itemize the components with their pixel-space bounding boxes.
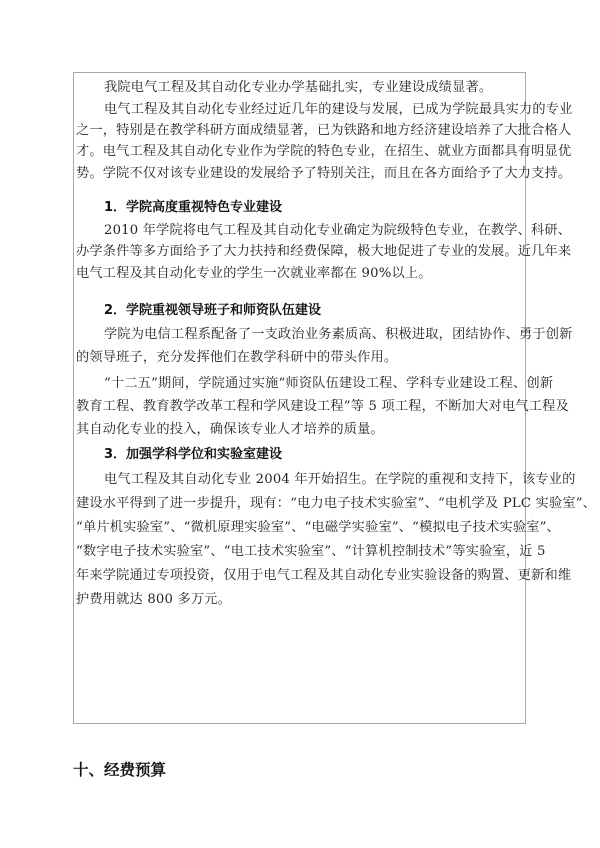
paragraph-line: 之一，特别是在教学科研方面成绩显著，已为铁路和地方经济建设培养了大批合格人 [76,121,524,141]
paragraph-line: 才。电气工程及其自动化专业作为学院的特色专业，在招生、就业方面都具有明显优 [76,142,524,162]
paragraph-line: “十二五”期间，学院通过实施“师资队伍建设工程、学科专业建设工程、创新 [104,374,524,394]
paragraph-line: 电气工程及其自动化专业的学生一次就业率都在 90%以上。 [76,264,524,284]
paragraph-line: 电气工程及其自动化专业 2004 年开始招生。在学院的重视和支持下，该专业的 [104,470,524,490]
paragraph-line: 年来学院通过专项投资，仅用于电气工程及其自动化专业实验设备的购置、更新和维 [76,566,524,586]
section-heading-2: 2．学院重视领导班子和师资队伍建设 [104,301,321,321]
paragraph-line: 2010 年学院将电气工程及其自动化专业确定为院级特色专业，在教学、科研、 [104,221,524,241]
paragraph-line: 电气工程及其自动化专业经过近几年的建设与发展，已成为学院最具实力的专业 [104,100,524,120]
paragraph-line: 教育工程、教育教学改革工程和学风建设工程”等 5 项工程，不断加大对电气工程及 [76,397,524,417]
paragraph-line: 其自动化专业的投入，确保该专业人才培养的质量。 [76,420,524,440]
budget-section-heading: 十、经费预算 [73,759,166,781]
section-heading-1: 1．学院高度重视特色专业建设 [104,198,282,218]
paragraph-line: 护费用就达 800 多万元。 [76,590,524,610]
paragraph-line: 势。学院不仅对该专业建设的发展给予了特别关注，而且在各方面给予了大力支持。 [76,164,524,184]
paragraph-line: 学院为电信工程系配备了一支政治业务素质高、积极进取，团结协作、勇于创新 [104,325,524,345]
section-heading-3: 3．加强学科学位和实验室建设 [104,445,282,465]
paragraph-line: “数字电子技术实验室”、“电工技术实验室”、“计算机控制技术”等实验室，近 5 [76,542,524,562]
paragraph-line: 的领导班子，充分发挥他们在教学科研中的带头作用。 [76,348,524,368]
paragraph-line: 我院电气工程及其自动化专业办学基础扎实，专业建设成绩显著。 [104,78,524,98]
paragraph-line: 办学条件等多方面给予了大力扶持和经费保障，极大地促进了专业的发展。近几年来 [76,242,524,262]
paragraph-line: 建设水平得到了进一步提升，现有：“电力电子技术实验室”、“电机学及 PLC 实验… [76,494,524,514]
paragraph-line: “单片机实验室”、“微机原理实验室”、“电磁学实验室”、“模拟电子技术实验室”、 [76,518,524,538]
